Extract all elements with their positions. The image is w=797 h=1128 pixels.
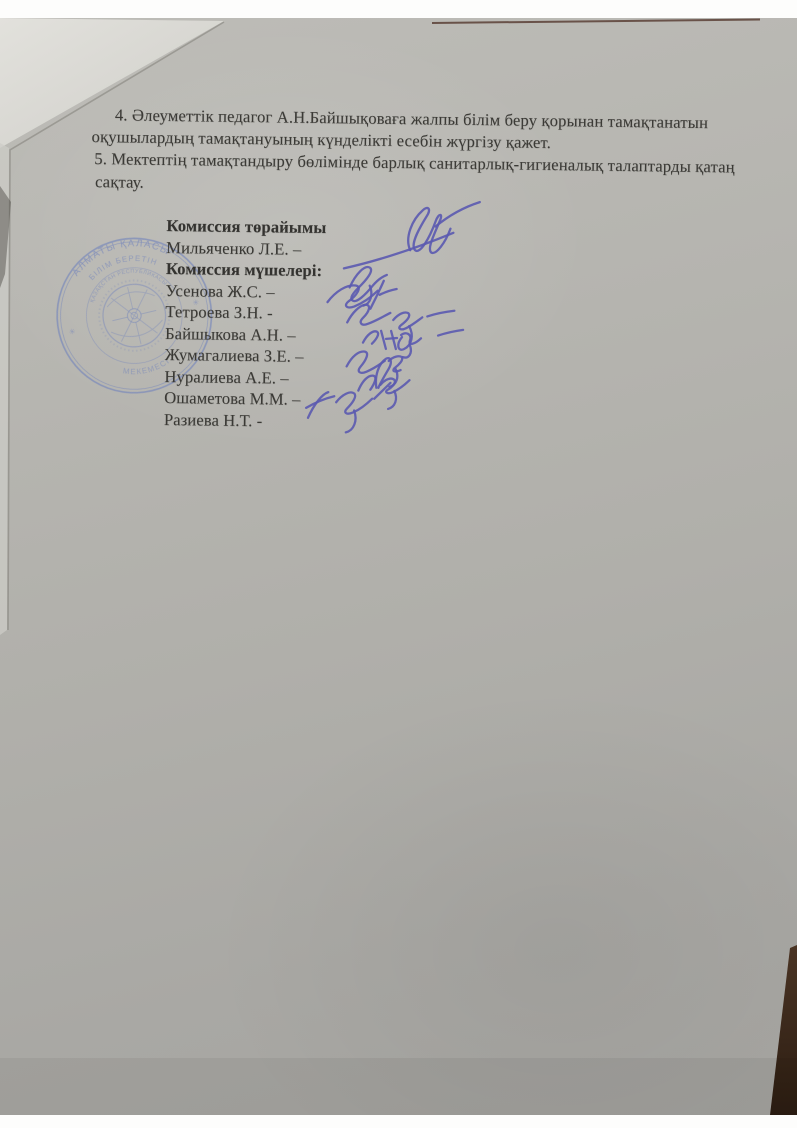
signature-zhumagalieva: [363, 329, 463, 359]
document-content: АЛМАТЫ ҚАЛАСЫ БІЛІМ БЕРЕТІН ҚАЗАҚСТАН РЕ…: [0, 18, 797, 1115]
paper-sheet-photo: АЛМАТЫ ҚАЛАСЫ БІЛІМ БЕРЕТІН ҚАЗАҚСТАН РЕ…: [0, 18, 797, 1115]
signature-oshametova: [358, 358, 410, 409]
signatures-layer: [0, 18, 797, 1115]
photographed-document-screenshot: АЛМАТЫ ҚАЛАСЫ БІЛІМ БЕРЕТІН ҚАЗАҚСТАН РЕ…: [0, 0, 797, 1128]
signature-milyachenko: [344, 200, 480, 270]
signature-razieva: [306, 382, 391, 433]
